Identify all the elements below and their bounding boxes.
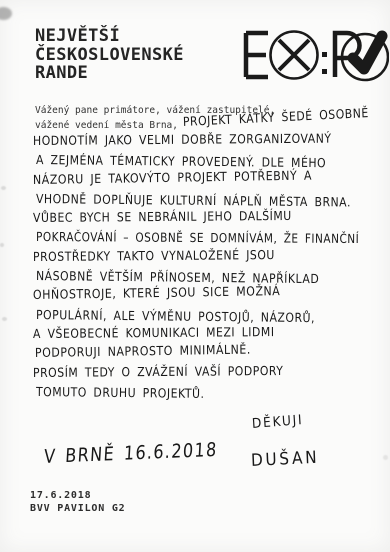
handwritten-line: VŮBEC BYCH SE NEBRÁNIL JEHO DALŠÍMU: [33, 206, 339, 228]
handwritten-line: OHŇOSTROJE, KTERÉ JSOU SICE MOŽNÁ: [33, 280, 343, 304]
handwritten-line: PROSÍM TEDY O ZVÁŽENÍ VAŠÍ PODPORY: [33, 360, 339, 382]
letterhead-title-line-3: RANDE: [35, 64, 184, 83]
logo-x-circle-icon: [271, 32, 318, 79]
logo-colon-glyph: [322, 52, 327, 74]
expo-logo-graphic: [241, 25, 389, 85]
handwritten-signature: DUŠAN: [251, 448, 320, 471]
scan-artifact-corner: [0, 7, 12, 20]
logo-check-circle-icon: [342, 34, 388, 80]
letterhead-title-line-1: NEJVĚTŠÍ: [35, 27, 184, 46]
scan-artifact-dot: [2, 317, 7, 321]
expo-logo: [241, 25, 389, 89]
handwritten-line: HODNOTÍM JAKO VELMI DOBŘE ZORGANIZOVANÝ: [33, 129, 339, 151]
scan-artifact-dot: [1, 186, 6, 190]
footer-venue: BVV PAVILON G2: [30, 502, 126, 515]
handwritten-body: HODNOTÍM JAKO VELMI DOBŘE ZORGANIZOVANÝ …: [33, 131, 385, 401]
letterhead-title-line-2: ČESKOSLOVENSKÉ: [35, 46, 184, 65]
letterhead-title: NEJVĚTŠÍ ČESKOSLOVENSKÉ RANDE: [35, 27, 184, 83]
handwritten-line: TOMUTO DRUHU PROJEKTŮ.: [36, 382, 340, 405]
handwritten-line: PROSTŘEDKY TAKTO VYNALOŽENÉ JSOU: [33, 244, 339, 266]
footer-date: 17.6.2018: [30, 489, 126, 502]
footer-block: 17.6.2018 BVV PAVILON G2: [30, 489, 126, 515]
scan-artifact-dot: [383, 455, 388, 460]
scan-artifact-dot: [0, 243, 4, 247]
handwritten-line: PODPORUJI NAPROSTO MINIMÁLNĚ.: [35, 338, 343, 362]
handwritten-place-date: V BRNĚ 16.6.2018: [43, 439, 218, 468]
handwritten-line: NÁZORU JE TAKOVÝTO PROJEKT POTŘEBNÝ A: [33, 165, 343, 189]
handwritten-thanks: DĚKUJI: [251, 412, 303, 432]
logo-letter-e-glyph: [246, 33, 268, 77]
scanned-letter-page: NEJVĚTŠÍ ČESKOSLOVENSKÉ RANDE: [0, 0, 390, 552]
